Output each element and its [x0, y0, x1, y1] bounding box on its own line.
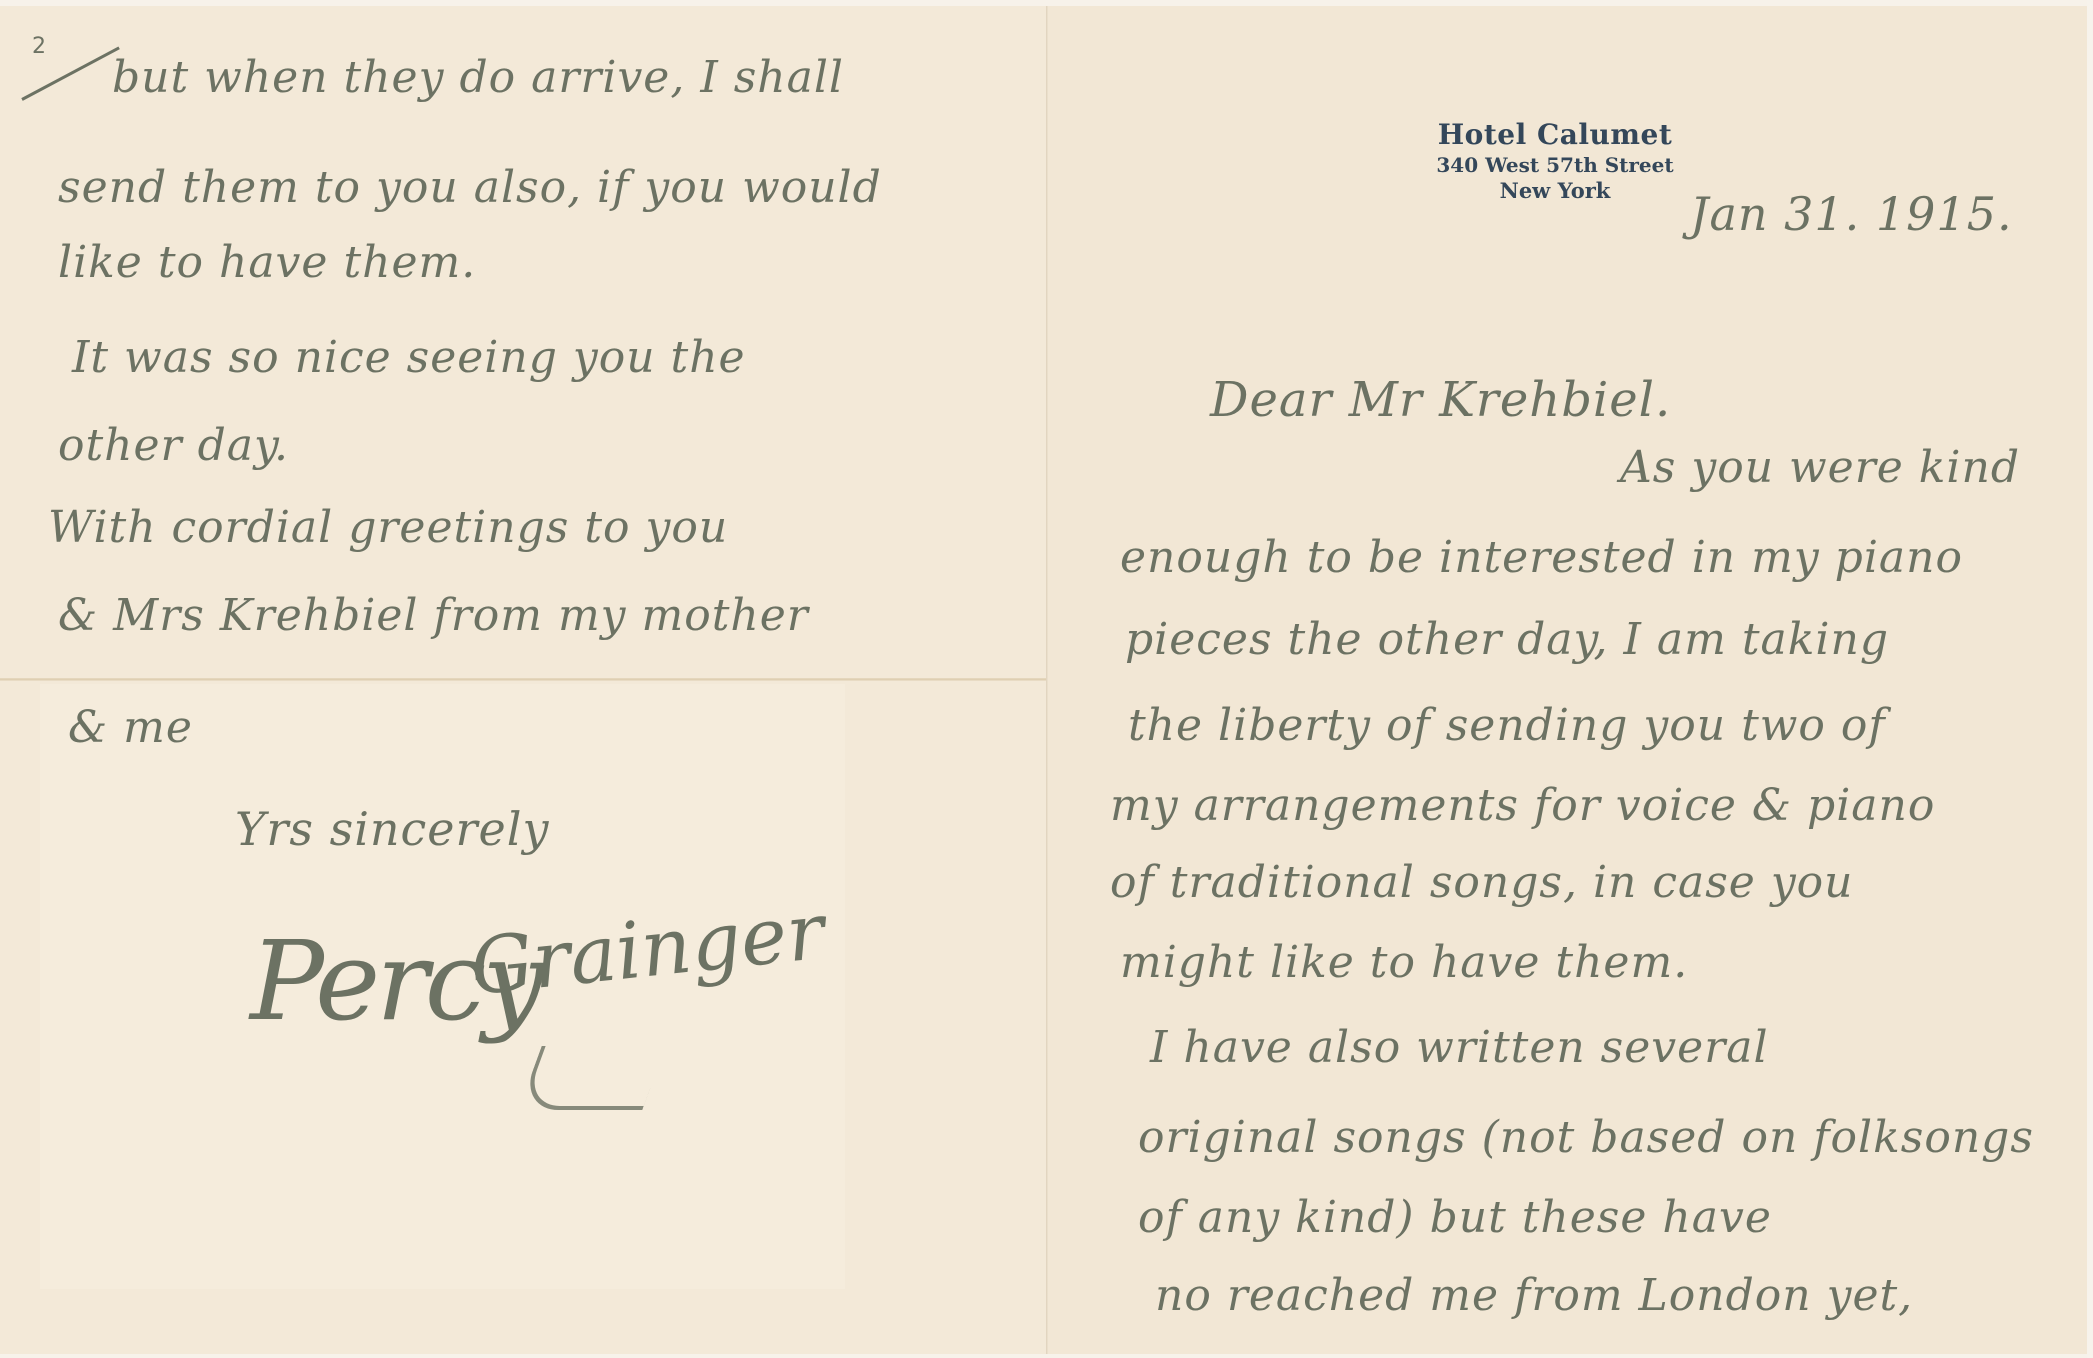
signoff: Yrs sincerely [235, 806, 549, 852]
page-number: 2 [32, 34, 46, 59]
left-line-6: With cordial greetings to you [48, 506, 728, 550]
left-line-4: It was so nice seeing you the [72, 336, 746, 380]
left-line-5: other day. [58, 424, 289, 468]
letterhead: Hotel Calumet 340 West 57th Street New Y… [1410, 118, 1700, 203]
right-line-4: the liberty of sending you two of [1128, 704, 1886, 748]
left-line-2: send them to you also, if you would [58, 166, 882, 210]
left-line-7: & Mrs Krehbiel from my mother [58, 594, 809, 638]
salutation: Dear Mr Krehbiel. [1210, 376, 1671, 424]
left-line-1: but when they do arrive, I shall [112, 56, 844, 100]
left-line-8: & me [68, 706, 193, 750]
right-line-7: might like to have them. [1120, 941, 1688, 985]
right-line-6: of traditional songs, in case you [1110, 861, 1854, 905]
letterhead-hotel-name: Hotel Calumet [1410, 118, 1700, 151]
right-line-3: pieces the other day, I am taking [1125, 618, 1889, 662]
right-line-11: no reached me from London yet, [1155, 1274, 1913, 1318]
left-line-3: like to have them. [58, 241, 476, 285]
right-line-9: original songs (not based on folksongs [1138, 1116, 2034, 1160]
underlined-word: do [459, 52, 516, 103]
scan-margin [2087, 0, 2093, 1358]
horizontal-fold-line [0, 678, 1046, 681]
letter-sheet: 2 but when they do arrive, I shall send … [0, 6, 2088, 1354]
right-line-1: As you were kind [1620, 446, 2020, 490]
right-line-5: my arrangements for voice & piano [1110, 784, 1935, 828]
right-line-10: of any kind) but these have [1138, 1196, 1772, 1240]
underlined-word-not: not [1500, 1112, 1576, 1163]
left-page: 2 but when they do arrive, I shall send … [0, 6, 1046, 1354]
letterhead-address: 340 West 57th Street [1410, 153, 1700, 177]
right-line-2: enough to be interested in my piano [1120, 536, 1963, 580]
letter-date: Jan 31. 1915. [1690, 191, 2013, 237]
signature-flourish [518, 1046, 665, 1110]
right-line-8: I have also written several [1150, 1026, 1769, 1070]
letterhead-city: New York [1410, 178, 1700, 203]
